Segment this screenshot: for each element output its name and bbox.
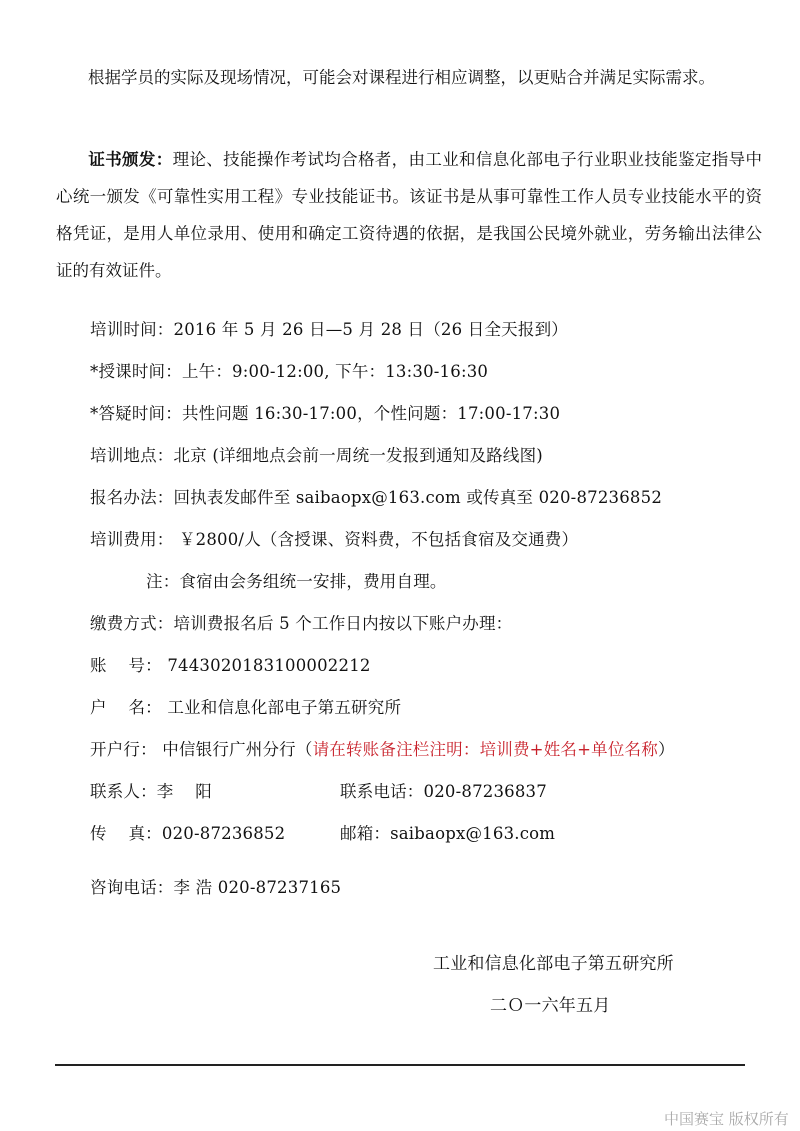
account-name-label: 户 名：	[90, 698, 162, 717]
registration-method: 报名办法：回执表发邮件至 saibaopx@163.com 或传真至 020-8…	[90, 484, 662, 508]
certificate-paragraph: 证书颁发：理论、技能操作考试均合格者，由工业和信息化部电子行业职业技能鉴定指导中…	[56, 141, 762, 289]
copyright-watermark: 中国赛宝 版权所有	[664, 1108, 789, 1129]
bank-remark-note: 请在转账备注栏注明：培训费+姓名+单位名称	[313, 740, 658, 759]
bank-value: 中信银行广州分行（	[162, 740, 312, 759]
intro-paragraph: 根据学员的实际及现场情况，可能会对课程进行相应调整，以更贴合并满足实际需求。	[56, 59, 762, 96]
consult-phone: 咨询电话：李 浩 020-87237165	[90, 874, 341, 898]
account-number-label: 账 号：	[90, 656, 162, 675]
bank-label: 开户行：	[90, 740, 157, 759]
intro-text: 根据学员的实际及现场情况，可能会对课程进行相应调整，以更贴合并满足实际需求。	[88, 68, 715, 87]
contact-person: 联系人：李 阳	[90, 778, 212, 802]
signature-date: 二Ｏ一六年五月	[490, 991, 610, 1016]
footer-divider	[55, 1064, 745, 1066]
payment-method: 缴费方式：培训费报名后 5 个工作日内按以下账户办理：	[90, 610, 512, 634]
certificate-text: 理论、技能操作考试均合格者，由工业和信息化部电子行业职业技能鉴定指导中心统一颁发…	[56, 150, 762, 280]
account-name-row: 户 名： 工业和信息化部电子第五研究所	[90, 694, 401, 718]
fee-note: 注：食宿由会务组统一安排，费用自理。	[146, 568, 447, 592]
bank-close-paren: ）	[658, 740, 675, 759]
account-number-value: 7443020183100002212	[167, 656, 370, 675]
signature-org: 工业和信息化部电子第五研究所	[433, 949, 674, 974]
account-number-row: 账 号： 7443020183100002212	[90, 652, 371, 676]
fax: 传 真：020-87236852	[90, 820, 285, 844]
contact-phone: 联系电话：020-87236837	[340, 778, 547, 802]
certificate-label: 证书颁发：	[88, 150, 173, 169]
training-fee: 培训费用： ￥2800/人（含授课、资料费，不包括食宿及交通费）	[90, 526, 578, 550]
email: 邮箱：saibaopx@163.com	[340, 820, 555, 844]
training-time: 培训时间：2016 年 5 月 26 日—5 月 28 日（26 日全天报到）	[90, 316, 568, 340]
training-location: 培训地点：北京 (详细地点会前一周统一发报到通知及路线图)	[90, 442, 543, 466]
qa-time: *答疑时间：共性问题 16:30-17:00，个性问题：17:00-17:30	[90, 400, 560, 424]
account-name-value: 工业和信息化部电子第五研究所	[167, 698, 401, 717]
bank-row: 开户行： 中信银行广州分行（请在转账备注栏注明：培训费+姓名+单位名称）	[90, 736, 675, 760]
class-time: *授课时间：上午：9:00-12:00, 下午：13:30-16:30	[90, 358, 488, 382]
